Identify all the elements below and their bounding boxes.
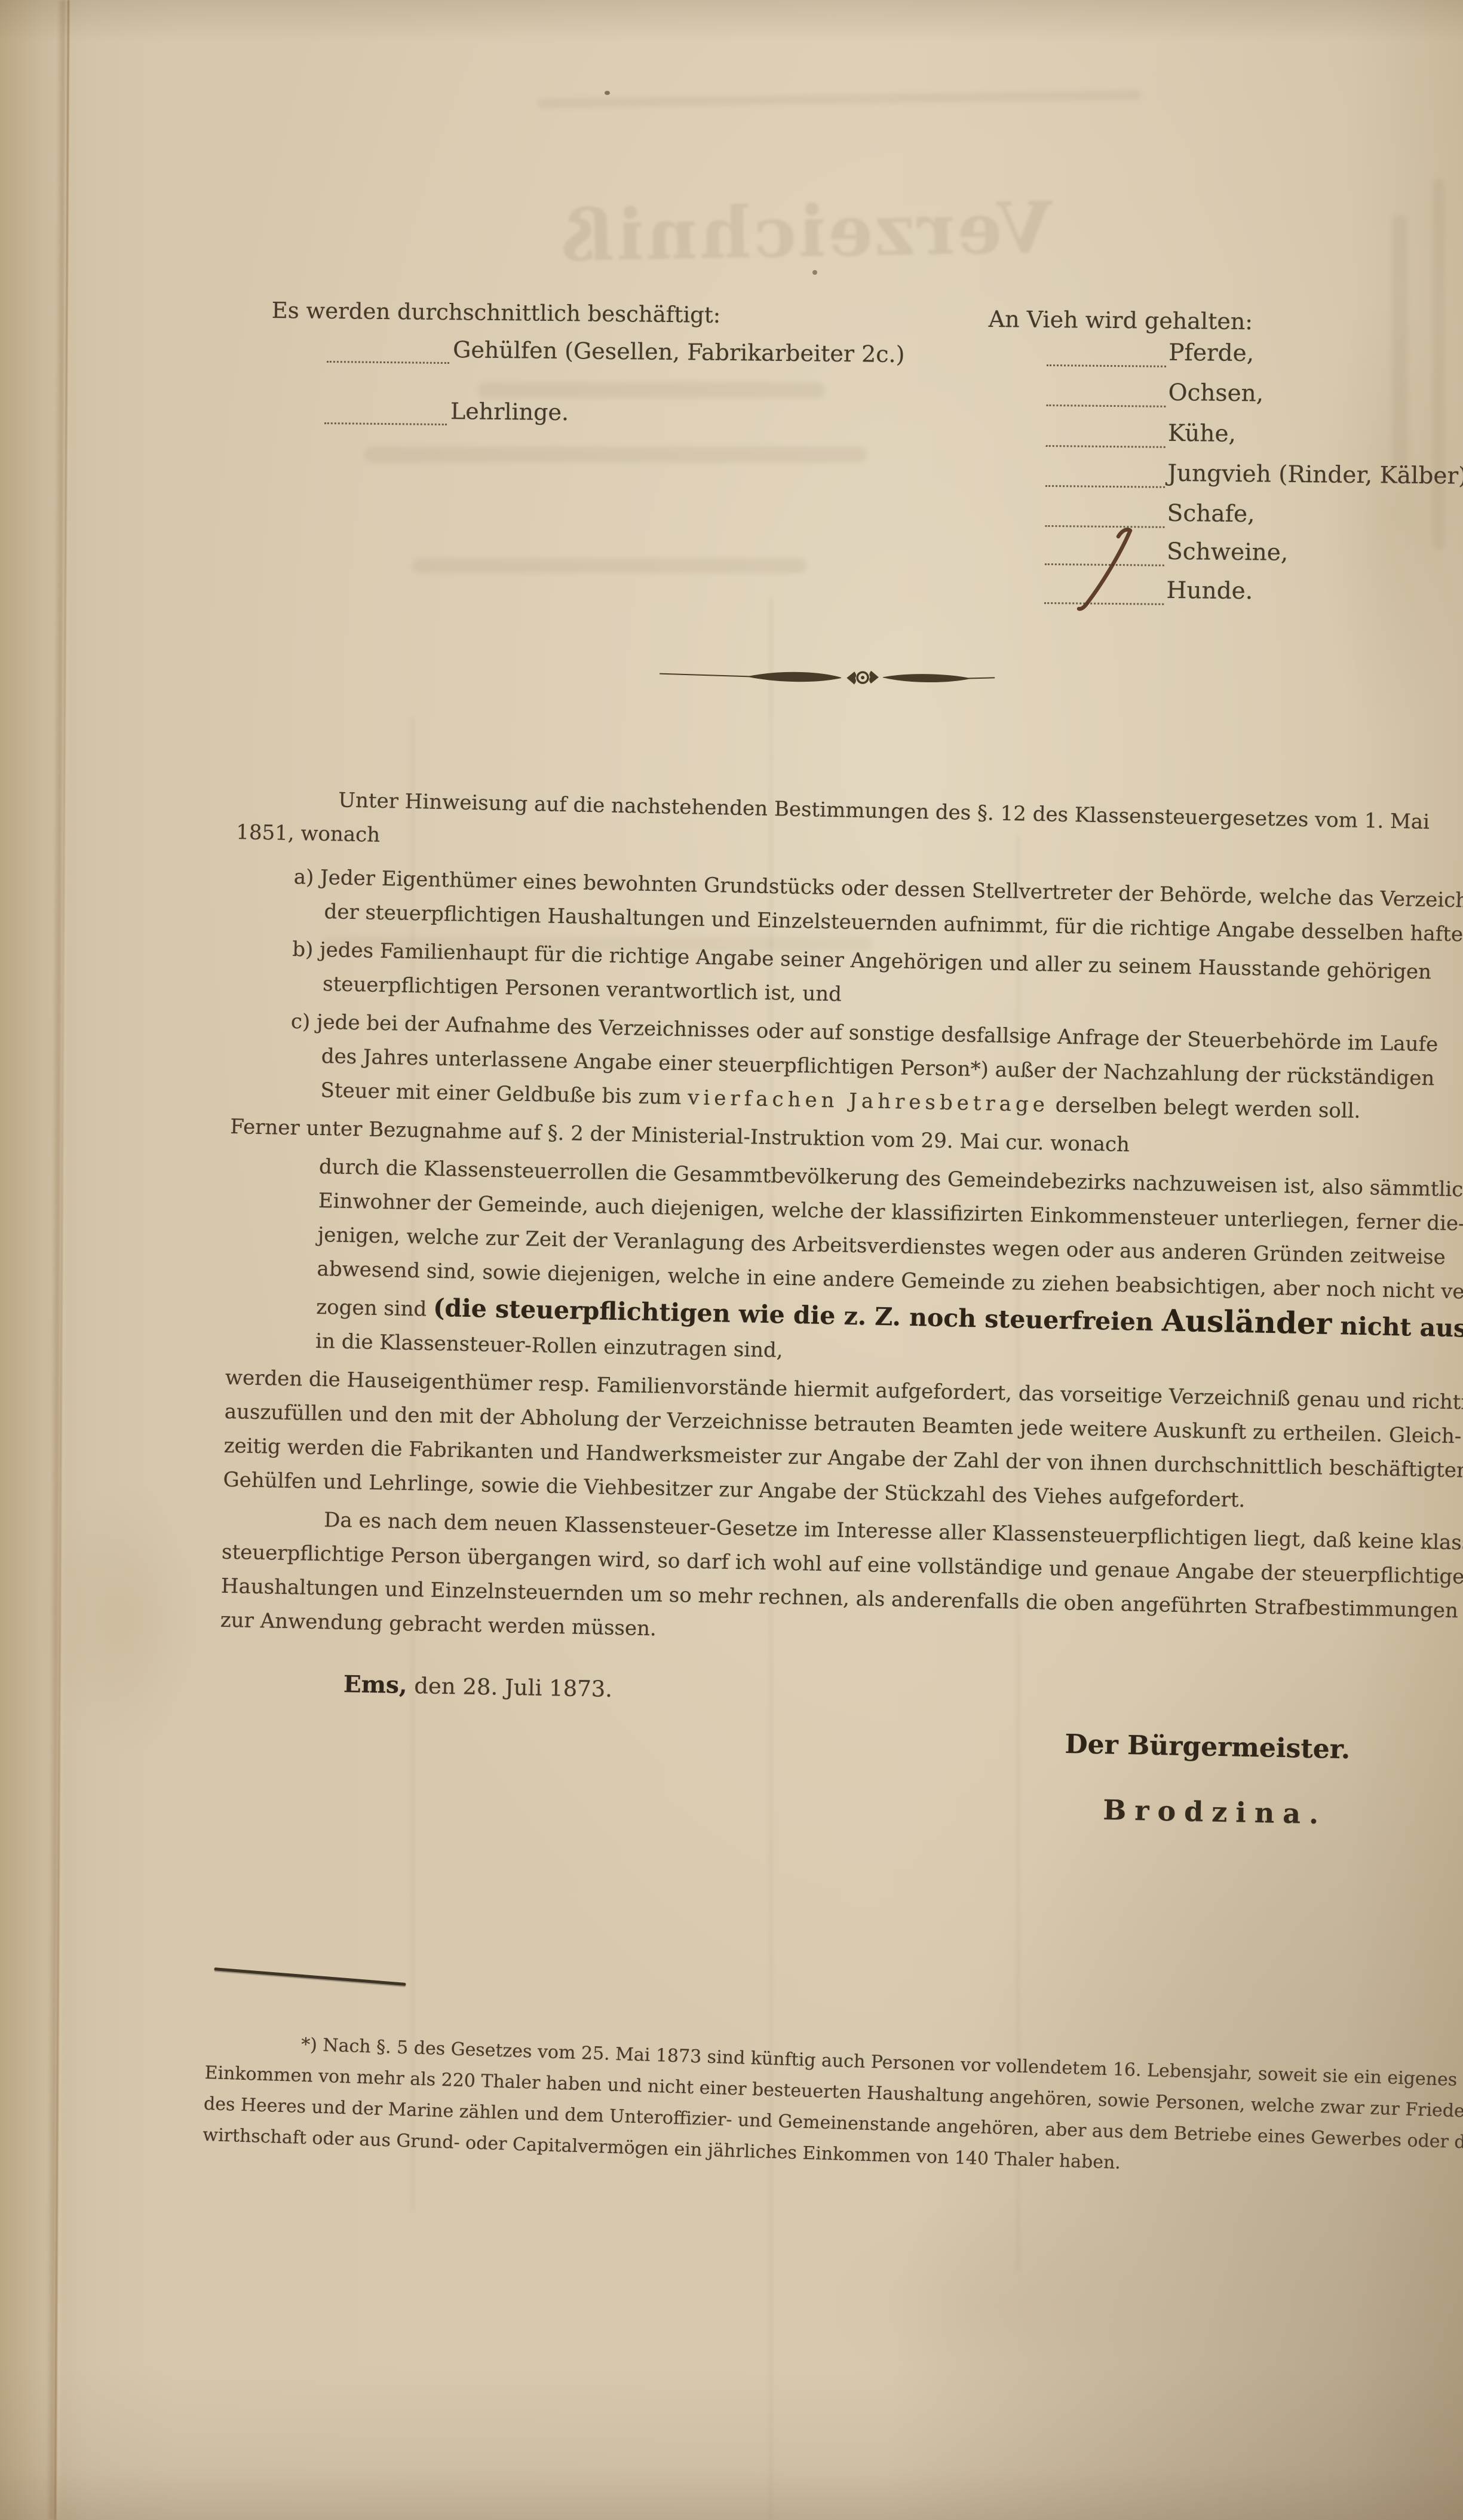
fill-in-blank-line <box>1046 422 1166 448</box>
footnote-rule <box>214 1967 406 1986</box>
signature-title: Der Bürgermeister. <box>1065 1729 1351 1765</box>
livestock-label: Ochsen, <box>1168 379 1263 409</box>
footnote: *) Nach §. 5 des Gesetzes vom 25. Mai 18… <box>203 2027 1463 2191</box>
livestock-row: Kühe, <box>1046 418 1236 449</box>
handwritten-count-one <box>1068 521 1152 617</box>
fill-in-blank-line <box>1046 382 1166 407</box>
body-text: Unter Hinweisung auf die nachstehenden B… <box>219 781 1463 1663</box>
employment-label: Gehülfen (Gesellen, Fabrikarbeiter 2c.) <box>453 335 905 369</box>
employment-row-lehrlinge: Lehrlinge. <box>324 396 569 427</box>
livestock-label: Kühe, <box>1168 419 1236 449</box>
signature-block: Der Bürgermeister. Brodzina. <box>1063 1729 1351 1831</box>
bold-parenthetical-end: nicht ausgenommen) <box>1332 1311 1463 1346</box>
employment-heading: Es werden durchschnittlich beschäftigt: <box>272 298 929 330</box>
livestock-label: Pferde, <box>1168 339 1254 368</box>
left-fold-crease <box>46 0 72 2520</box>
bleedthrough-smudge <box>1392 215 1407 472</box>
livestock-row: Ochsen, <box>1046 378 1263 408</box>
employment-section: Es werden durchschnittlich beschäftigt: … <box>272 298 929 330</box>
livestock-label: Schafe, <box>1167 499 1255 529</box>
fill-in-blank-line <box>327 337 449 364</box>
livestock-heading: An Vieh wird gehalten: <box>989 306 1463 337</box>
bleedthrough-smudge <box>412 559 806 573</box>
bleedthrough-title: Verzeichniß <box>558 186 1053 277</box>
bold-line-pre: zogen sind <box>316 1295 434 1322</box>
place-name: Ems, <box>343 1670 407 1699</box>
bleedthrough-smudge <box>538 90 1141 108</box>
livestock-section: An Vieh wird gehalten: Pferde, Ochsen, K… <box>989 306 1463 337</box>
fine-pre: Steuer mit einer Geldbuße bis zum <box>320 1078 688 1109</box>
livestock-label: Hunde. <box>1166 577 1253 606</box>
fill-in-blank-line <box>324 398 447 425</box>
employment-label: Lehrlinge. <box>450 397 569 427</box>
date-text: den 28. Juli 1873. <box>407 1673 612 1702</box>
employment-row-gehuelfen: Gehülfen (Gesellen, Fabrikarbeiter 2c.) <box>327 334 905 369</box>
livestock-label: Schweine, <box>1167 538 1289 568</box>
livestock-row: Pferde, <box>1047 338 1254 368</box>
fill-in-blank-line <box>1045 462 1165 488</box>
dateline: Ems, den 28. Juli 1873. <box>343 1670 613 1703</box>
bleedthrough-smudge <box>364 447 866 462</box>
livestock-row: Jungvieh (Rinder, Kälber), <box>1045 458 1463 491</box>
paper-stain <box>806 2199 1177 2414</box>
fill-in-blank-line <box>1047 342 1166 367</box>
fine-spaced-phrase: vierfachen Jahresbetrage <box>688 1086 1049 1117</box>
signature-name: Brodzina. <box>1103 1794 1349 1831</box>
ornamental-divider <box>658 661 996 699</box>
scanned-document-page: Verzeichniß Es werden durchschnittlich b… <box>0 0 1463 2520</box>
livestock-label: Jungvieh (Rinder, Kälber), <box>1167 459 1463 491</box>
bleedthrough-smudge <box>478 382 824 398</box>
fine-post: derselben belegt werden soll. <box>1048 1093 1360 1123</box>
bleedthrough-smudge <box>1433 179 1444 550</box>
bold-word-auslaender: Ausländer <box>1161 1302 1332 1341</box>
paper-speck <box>605 91 610 95</box>
